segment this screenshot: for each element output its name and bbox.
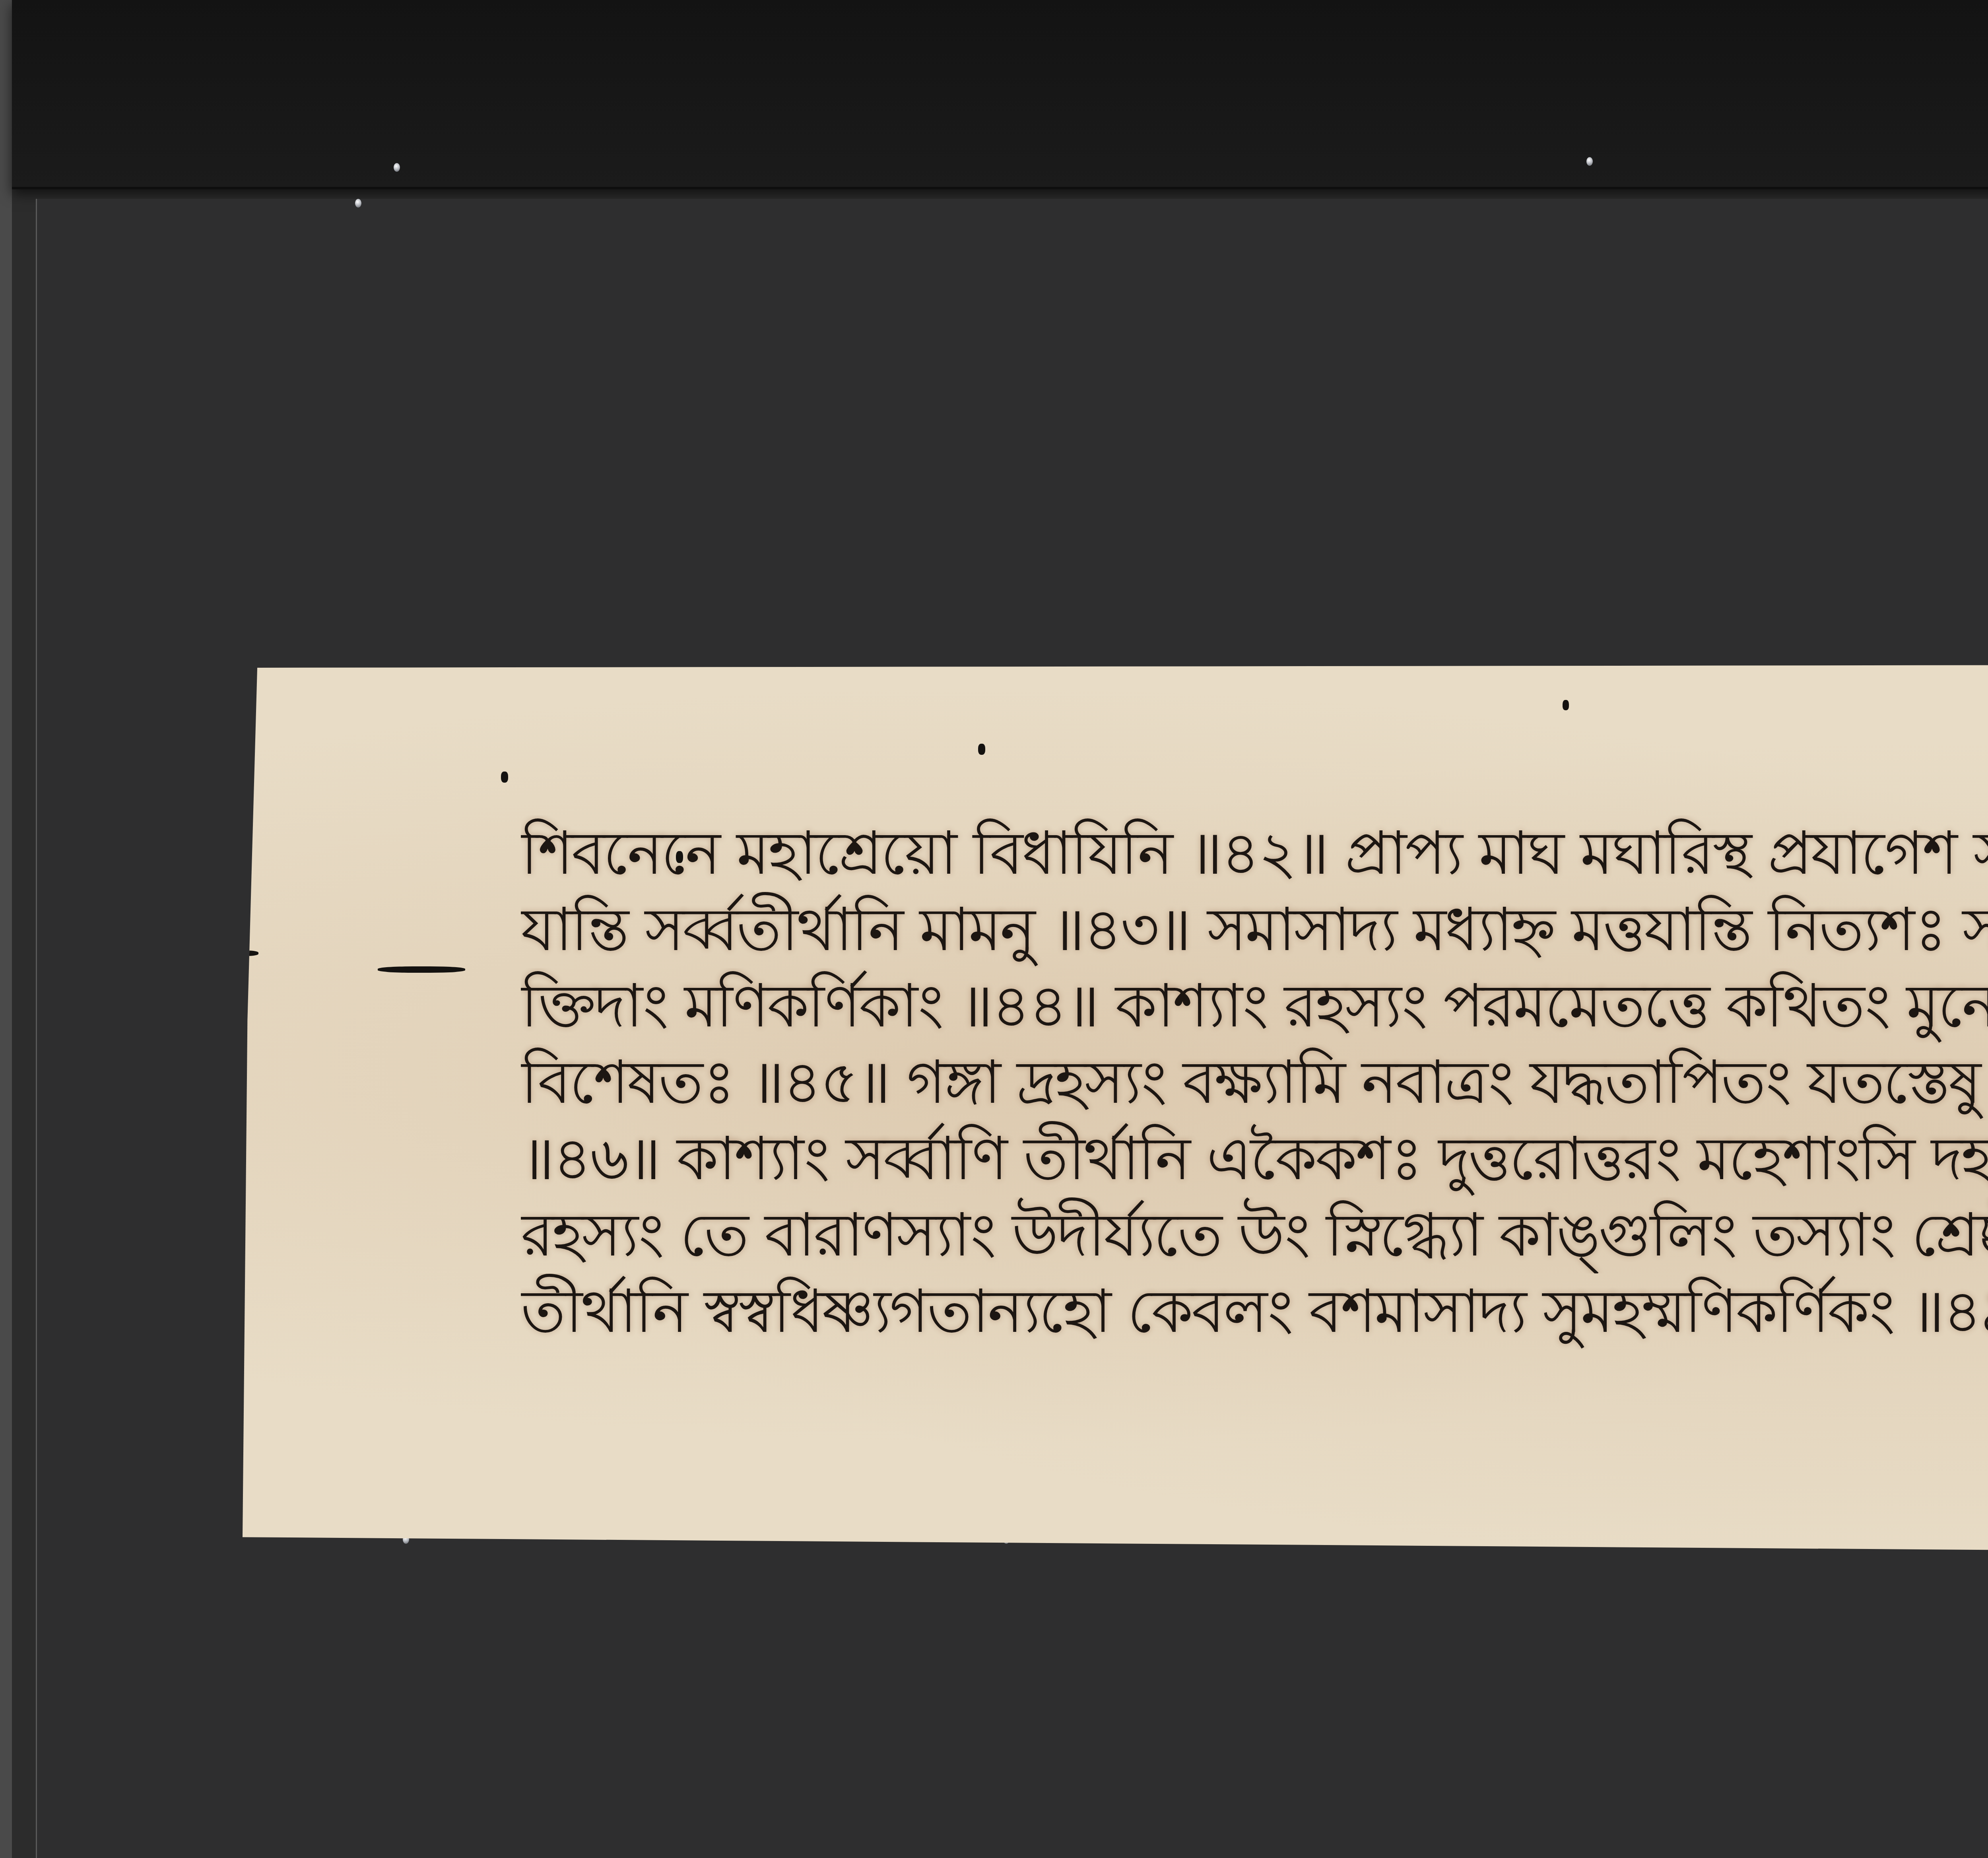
ink-dot xyxy=(1563,700,1569,710)
text-line-7: তীর্থানি স্বস্বধিষ্ণ্যগতান্যহো কেবলং বশম… xyxy=(521,1273,1988,1350)
mounting-pin xyxy=(1586,157,1593,166)
manuscript-text: শিবনেনে মহাশ্রেয়ো বিধাযিনি ॥৪২॥ প্রাপ্য… xyxy=(521,815,1988,1350)
text-line-5: ॥৪৬॥ কাশ্যাং সর্ব্বাণি তীর্থানি একৈকশঃ দ… xyxy=(521,1121,1988,1197)
mounting-pin xyxy=(355,199,361,208)
text-line-2: যান্তি সর্ব্বতীর্থানি মামনু ॥৪৩॥ সমাসাদ্… xyxy=(521,892,1988,968)
top-cover-board xyxy=(12,0,1988,189)
ink-stroke xyxy=(378,966,465,973)
text-line-3: ক্তিদাং মণিকর্ণিকাং ॥৪৪॥ কাশ্যাং রহস্যং … xyxy=(521,968,1988,1044)
manuscript-folio: শিবনেনে মহাশ্রেয়ো বিধাযিনি ॥৪২॥ প্রাপ্য… xyxy=(243,664,1988,1555)
text-line-4: বিশেষতঃ ॥৪৫॥ গঙ্গা দ্রহস্যং বক্ষ্যামি নব… xyxy=(521,1044,1988,1121)
text-line-6: রহস্যং তে বারাণস্যাং উদীর্য্যতে উং স্নিগ… xyxy=(521,1197,1988,1273)
board-edge xyxy=(0,0,12,1858)
mounting-pin xyxy=(394,163,400,172)
ink-dot xyxy=(978,744,985,755)
text-line-1: শিবনেনে মহাশ্রেয়ো বিধাযিনি ॥৪২॥ প্রাপ্য… xyxy=(521,815,1988,892)
ink-dot xyxy=(501,772,508,783)
